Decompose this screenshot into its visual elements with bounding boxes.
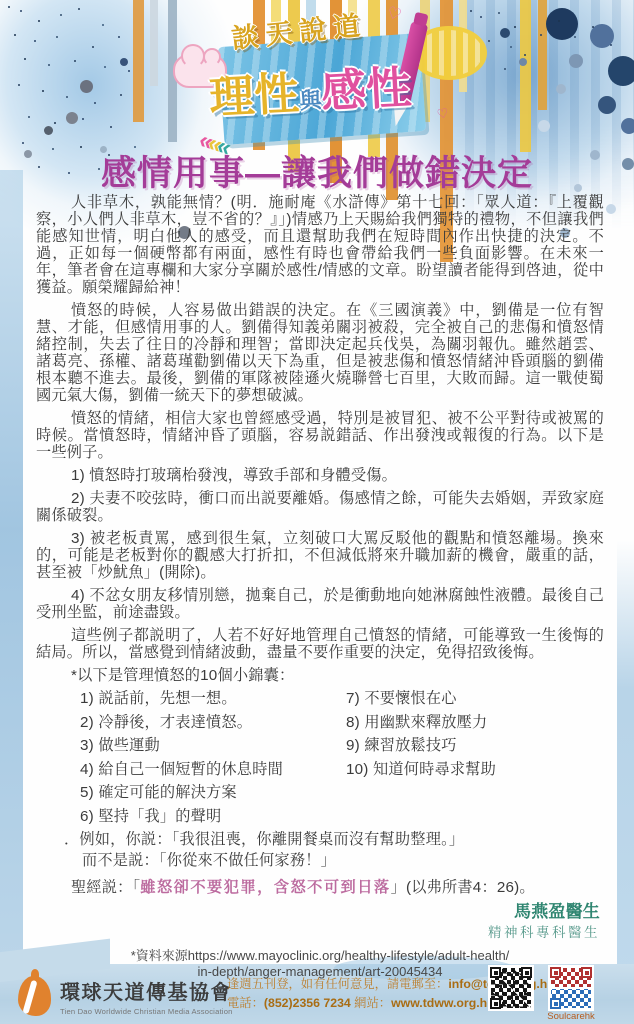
- qr-finder: [521, 967, 532, 978]
- intro-paragraphs: 人非草木，孰能無情？(明．施耐庵《水滸傳》第十七回：「眾人道：『上覆觀察，小人們…: [36, 194, 604, 461]
- decorative-stripe: [520, 0, 531, 152]
- decorative-stripe: [150, 0, 158, 86]
- tips-column-left: 1) 説話前，先想一想。2) 冷靜後，才表達憤怒。3) 做些運動4) 給自己一個…: [80, 690, 604, 825]
- qr-finder: [550, 967, 561, 978]
- confetti-dot: [500, 28, 510, 38]
- org-names: 環球天道傳基協會 Tien Dao Worldwide Christian Me…: [60, 976, 233, 1016]
- conclusion-paragraph: 這些例子都説明了，人若不好好地管理自己憤怒的情緒，可能導致一生後悔的結局。所以，…: [36, 627, 604, 661]
- tip-item: 10) 知道何時尋求幫助: [346, 761, 496, 778]
- example-item: 3) 被老板責罵，感到很生氣，立刻破口大罵反駁他的觀點和憤怒離場。換來的，可能是…: [36, 530, 604, 581]
- confetti-dot: [569, 54, 583, 68]
- tip-item: 5) 確定可能的解決方案: [80, 784, 604, 801]
- example-item: 2) 夫妻不咬弦時，衝口而出説要離婚。傷感情之餘，可能失去婚姻，弄致家庭關係破裂…: [36, 490, 604, 524]
- decorative-stripe: [133, 0, 144, 122]
- confetti-dot: [556, 84, 566, 94]
- article-title: 感情用事—讓我們做錯決定: [0, 146, 634, 196]
- logo-title-rational: 理性: [208, 68, 301, 124]
- confetti-dot: [546, 8, 578, 40]
- qr-code-label: Soulcarehk: [542, 1011, 600, 1022]
- decorative-stripe: [538, 0, 547, 110]
- confetti-dot: [120, 58, 128, 66]
- ink-speckles: [8, 6, 10, 8]
- author-title: 精神科專科醫生: [36, 925, 600, 941]
- phone-number: (852)2356 7234: [264, 996, 351, 1010]
- qr-finder: [490, 998, 501, 1009]
- confetti-dot: [590, 24, 614, 48]
- confetti-dot: [621, 118, 634, 134]
- organization-block: 環球天道傳基協會 Tien Dao Worldwide Christian Me…: [18, 976, 233, 1016]
- confetti-dot: [519, 58, 527, 66]
- logo-title: 理性與感性: [207, 51, 412, 126]
- tip-item: 7) 不要懷恨在心: [346, 690, 496, 707]
- tip-item: 1) 説話前，先想一想。: [80, 690, 604, 707]
- confetti-dot: [80, 80, 93, 93]
- tips-column-right: 7) 不要懷恨在心8) 用幽默來釋放壓力9) 練習放鬆技巧10) 知道何時尋求幫…: [346, 690, 496, 784]
- qr-finder: [550, 998, 561, 1009]
- author-block: 馬燕盈醫生 精神科專科醫生: [36, 902, 600, 942]
- tip-item: 2) 冷靜後，才表達憤怒。: [80, 714, 604, 731]
- confetti-dot: [538, 120, 550, 132]
- program-logo: 談天說道 理性與感性 ««« ♡ ♡: [205, 10, 445, 152]
- confetti-dot: [608, 56, 634, 86]
- article-body: 人非草木，孰能無情？(明．施耐庵《水滸傳》第十七回：「眾人道：『上覆觀察，小人們…: [36, 194, 604, 980]
- org-name: 環球天道傳基協會: [60, 976, 233, 1005]
- example-list: 1) 憤怒時打玻璃枱發洩，導致手部和身體受傷。2) 夫妻不咬弦時，衝口而出説要離…: [36, 467, 604, 621]
- confetti-dot: [44, 126, 53, 135]
- org-logo-icon: [18, 976, 51, 1016]
- tip-item: 8) 用幽默來釋放壓力: [346, 714, 496, 731]
- example-item: 4) 不忿女朋友移情別戀，拋棄自己，於是衝動地向她淋腐蝕性液體。最後自己受刑坐監…: [36, 587, 604, 621]
- phone-label: 電話：: [227, 996, 264, 1010]
- tips-heading: *以下是管理憤怒的10個小錦囊：: [36, 667, 604, 684]
- qr-code-main: [488, 965, 534, 1011]
- tips-columns: 1) 説話前，先想一想。2) 冷靜後，才表達憤怒。3) 做些運動4) 給自己一個…: [36, 690, 604, 825]
- website-link[interactable]: www.tdww.org.hk: [391, 996, 494, 1010]
- bible-verse-line: 聖經説：「雖怒卻不要犯罪，含怒不可到日落」(以弗所書4：26)。: [36, 879, 604, 896]
- paragraph: 憤怒的情緒，相信大家也曾經感受過，特別是被冒犯、被不公平對待或被罵的時候。當憤怒…: [36, 410, 604, 461]
- tip-item: 6) 堅持「我」的聲明: [80, 808, 604, 825]
- page: 談天說道 理性與感性 ««« ♡ ♡ 感情用事—讓我們做錯決定 人非草木，孰能無…: [0, 0, 634, 1024]
- qr-finder: [581, 967, 592, 978]
- logo-title-connector: 與: [299, 87, 322, 113]
- bible-quote: 雖怒卻不要犯罪，含怒不可到日落: [140, 879, 390, 896]
- tip-example-line1: ．例如，你説：「我很沮喪，你離開餐桌而沒有幫助整理。」: [64, 831, 604, 848]
- example-item: 1) 憤怒時打玻璃枱發洩，導致手部和身體受傷。: [36, 467, 604, 484]
- paragraph: 憤怒的時候，人容易做出錯誤的決定。在《三國演義》中，劉備是一位有智慧、才能，但感…: [36, 302, 604, 404]
- confetti-dot: [606, 204, 616, 214]
- paragraph: 人非草木，孰能無情？(明．施耐庵《水滸傳》第十七回：「眾人道：『上覆觀察，小人們…: [36, 194, 604, 296]
- watercolor-edge-left: [0, 170, 23, 968]
- source-line1: *資料來源https://www.mayoclinic.org/healthy-…: [36, 948, 604, 964]
- tip-item: 4) 給自己一個短暫的休息時間: [80, 761, 604, 778]
- tip-item: 9) 練習放鬆技巧: [346, 737, 496, 754]
- org-name-english: Tien Dao Worldwide Christian Media Assoc…: [60, 1007, 233, 1016]
- author-name: 馬燕盈醫生: [36, 902, 600, 922]
- qr-finder: [490, 967, 501, 978]
- tip-item: 3) 做些運動: [80, 737, 604, 754]
- bible-suffix: 」(以弗所書4：26)。: [391, 879, 535, 896]
- bible-prefix: 聖經説：「: [71, 879, 140, 896]
- confetti-dot: [598, 96, 616, 114]
- watercolor-edge-right: [617, 540, 634, 968]
- qr-code-soulcare: Soulcarehk: [548, 965, 594, 1011]
- ink-speckles: [470, 10, 472, 12]
- logo-title-emotional: 感性: [320, 62, 413, 118]
- confetti-dot: [66, 112, 78, 124]
- website-label: 網站：: [351, 996, 391, 1010]
- publish-line-prefix: 逢週五刊登，如有任何意見，請電郵至：: [227, 977, 448, 991]
- tip-example-line2: 而不是説：「你從來不做任何家務！」: [82, 852, 604, 869]
